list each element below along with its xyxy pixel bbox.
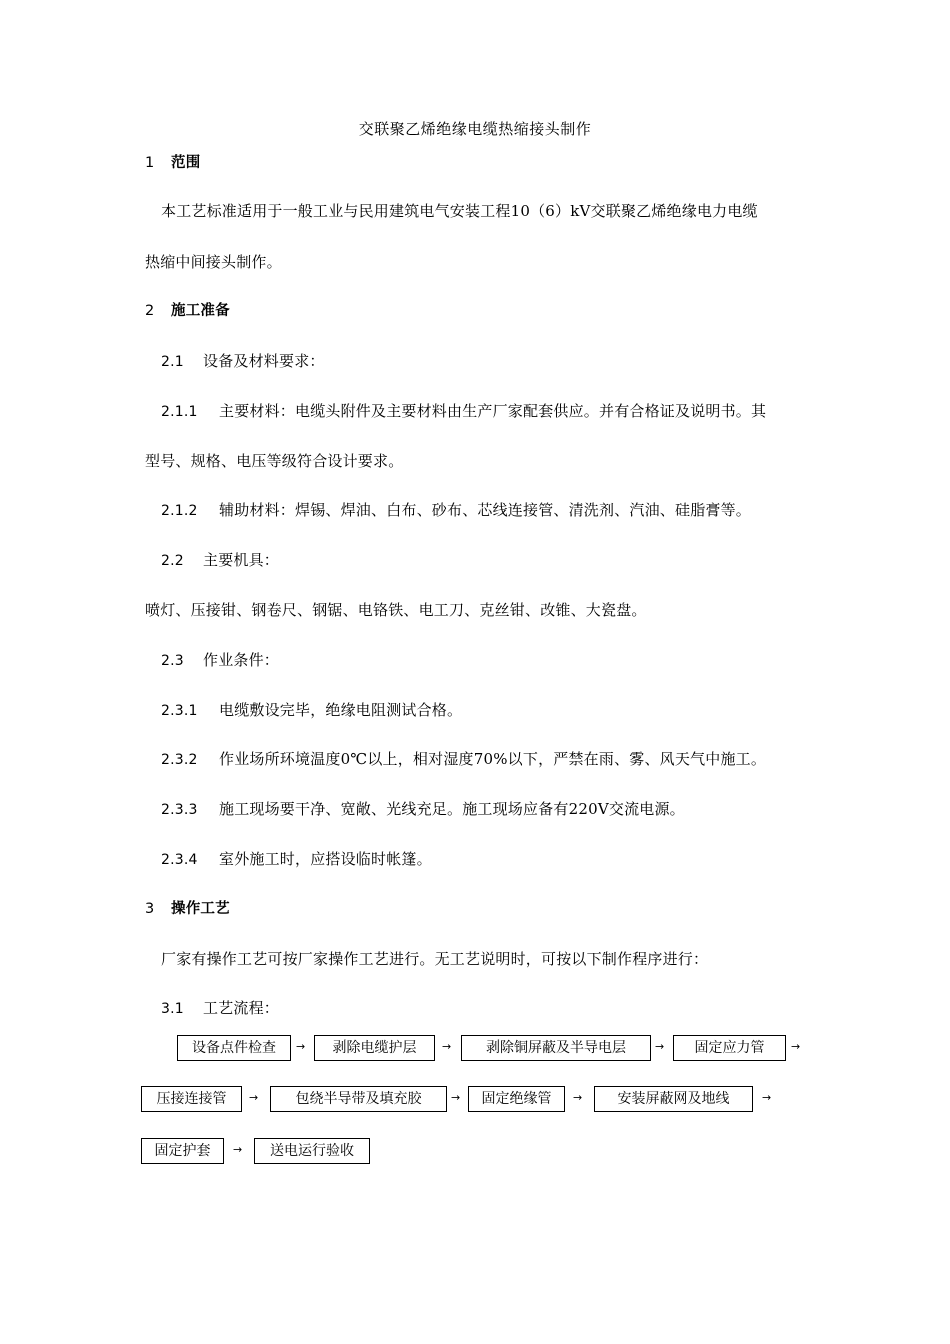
item-2-1-1-continuation: 型号、规格、电压等级符合设计要求。 xyxy=(145,451,403,471)
section-number: 2 xyxy=(145,301,171,321)
arrow-right-icon: → xyxy=(296,1037,305,1057)
flow-step-2: 剥除电缆护层 xyxy=(314,1035,435,1061)
section-3-heading: 3操作工艺 xyxy=(145,899,230,919)
flow-step-4: 固定应力管 xyxy=(673,1035,786,1061)
section-1-heading: 1范围 xyxy=(145,153,200,173)
item-number: 2.3.2 xyxy=(161,750,219,770)
item-text: 设备及材料要求： xyxy=(203,352,325,370)
item-2-3: 2.3作业条件： xyxy=(161,650,279,671)
item-text: 工艺流程： xyxy=(203,999,279,1017)
arrow-right-icon: → xyxy=(249,1088,258,1108)
item-text: 室外施工时，应搭设临时帐篷。 xyxy=(219,850,432,868)
item-2-1-2: 2.1.2辅助材料：焊锡、焊油、白布、砂布、芯线连接管、清洗剂、汽油、硅脂膏等。 xyxy=(161,500,751,521)
item-text: 施工现场要干净、宽敞、光线充足。施工现场应备有220V交流电源。 xyxy=(219,800,685,818)
section-number: 1 xyxy=(145,153,171,173)
flow-step-10: 送电运行验收 xyxy=(254,1138,370,1164)
item-2-1-1: 2.1.1主要材料：电缆头附件及主要材料由生产厂家配套供应。并有合格证及说明书。… xyxy=(161,401,766,422)
item-number: 2.1.2 xyxy=(161,501,219,521)
flow-step-6: 包绕半导带及填充胶 xyxy=(270,1086,447,1112)
item-number: 2.3.4 xyxy=(161,850,219,870)
section-number: 3 xyxy=(145,899,171,919)
arrow-right-icon: → xyxy=(442,1037,451,1057)
item-text: 主要机具： xyxy=(203,551,279,569)
item-2-1: 2.1设备及材料要求： xyxy=(161,351,325,372)
document-title: 交联聚乙烯绝缘电缆热缩接头制作 xyxy=(0,119,950,139)
item-2-3-4: 2.3.4室外施工时，应搭设临时帐篷。 xyxy=(161,849,432,870)
item-2-3-1: 2.3.1电缆敷设完毕，绝缘电阻测试合格。 xyxy=(161,700,462,721)
item-text: 辅助材料：焊锡、焊油、白布、砂布、芯线连接管、清洗剂、汽油、硅脂膏等。 xyxy=(219,501,751,519)
item-number: 2.3.3 xyxy=(161,800,219,820)
item-number: 2.1.1 xyxy=(161,402,219,422)
section-1-paragraph-line-1: 本工艺标准适用于一般工业与民用建筑电气安装工程10（6）kV交联聚乙烯绝缘电力电… xyxy=(161,201,758,221)
item-number: 2.3.1 xyxy=(161,701,219,721)
flow-step-1: 设备点件检查 xyxy=(177,1035,291,1061)
section-title: 范围 xyxy=(171,155,200,171)
arrow-right-icon: → xyxy=(655,1037,664,1057)
arrow-right-icon: → xyxy=(762,1088,771,1108)
item-text: 电缆敷设完毕，绝缘电阻测试合格。 xyxy=(219,701,462,719)
item-3-1: 3.1工艺流程： xyxy=(161,998,279,1019)
section-2-heading: 2施工准备 xyxy=(145,301,230,321)
arrow-right-icon: → xyxy=(573,1088,582,1108)
item-text: 作业场所环境温度0℃以上，相对湿度70%以下，严禁在雨、雾、风天气中施工。 xyxy=(219,750,766,768)
section-title: 操作工艺 xyxy=(171,901,230,917)
item-number: 2.3 xyxy=(161,651,203,671)
item-number: 2.1 xyxy=(161,352,203,372)
arrow-right-icon: → xyxy=(791,1037,800,1057)
item-number: 3.1 xyxy=(161,999,203,1019)
tools-list: 喷灯、压接钳、钢卷尺、钢锯、电铬铁、电工刀、克丝钳、改锥、大瓷盘。 xyxy=(145,600,647,620)
item-2-3-3: 2.3.3施工现场要干净、宽敞、光线充足。施工现场应备有220V交流电源。 xyxy=(161,799,685,820)
arrow-right-icon: → xyxy=(233,1140,242,1160)
item-number: 2.2 xyxy=(161,551,203,571)
document-page: 交联聚乙烯绝缘电缆热缩接头制作 1范围 本工艺标准适用于一般工业与民用建筑电气安… xyxy=(0,0,950,1344)
flow-step-5: 压接连接管 xyxy=(141,1086,242,1112)
flow-step-9: 固定护套 xyxy=(141,1138,224,1164)
flow-step-7: 固定绝缘管 xyxy=(468,1086,565,1112)
item-2-2: 2.2主要机具： xyxy=(161,550,279,571)
item-2-3-2: 2.3.2作业场所环境温度0℃以上，相对湿度70%以下，严禁在雨、雾、风天气中施… xyxy=(161,749,766,770)
item-text: 作业条件： xyxy=(203,651,279,669)
arrow-right-icon: → xyxy=(451,1088,460,1108)
item-text: 主要材料：电缆头附件及主要材料由生产厂家配套供应。并有合格证及说明书。其 xyxy=(219,402,766,420)
section-1-paragraph-line-2: 热缩中间接头制作。 xyxy=(145,252,282,272)
flow-step-8: 安装屏蔽网及地线 xyxy=(594,1086,753,1112)
flow-step-3: 剥除铜屏蔽及半导电层 xyxy=(461,1035,651,1061)
section-title: 施工准备 xyxy=(171,303,230,319)
section-3-paragraph: 厂家有操作工艺可按厂家操作工艺进行。无工艺说明时，可按以下制作程序进行： xyxy=(161,949,708,969)
